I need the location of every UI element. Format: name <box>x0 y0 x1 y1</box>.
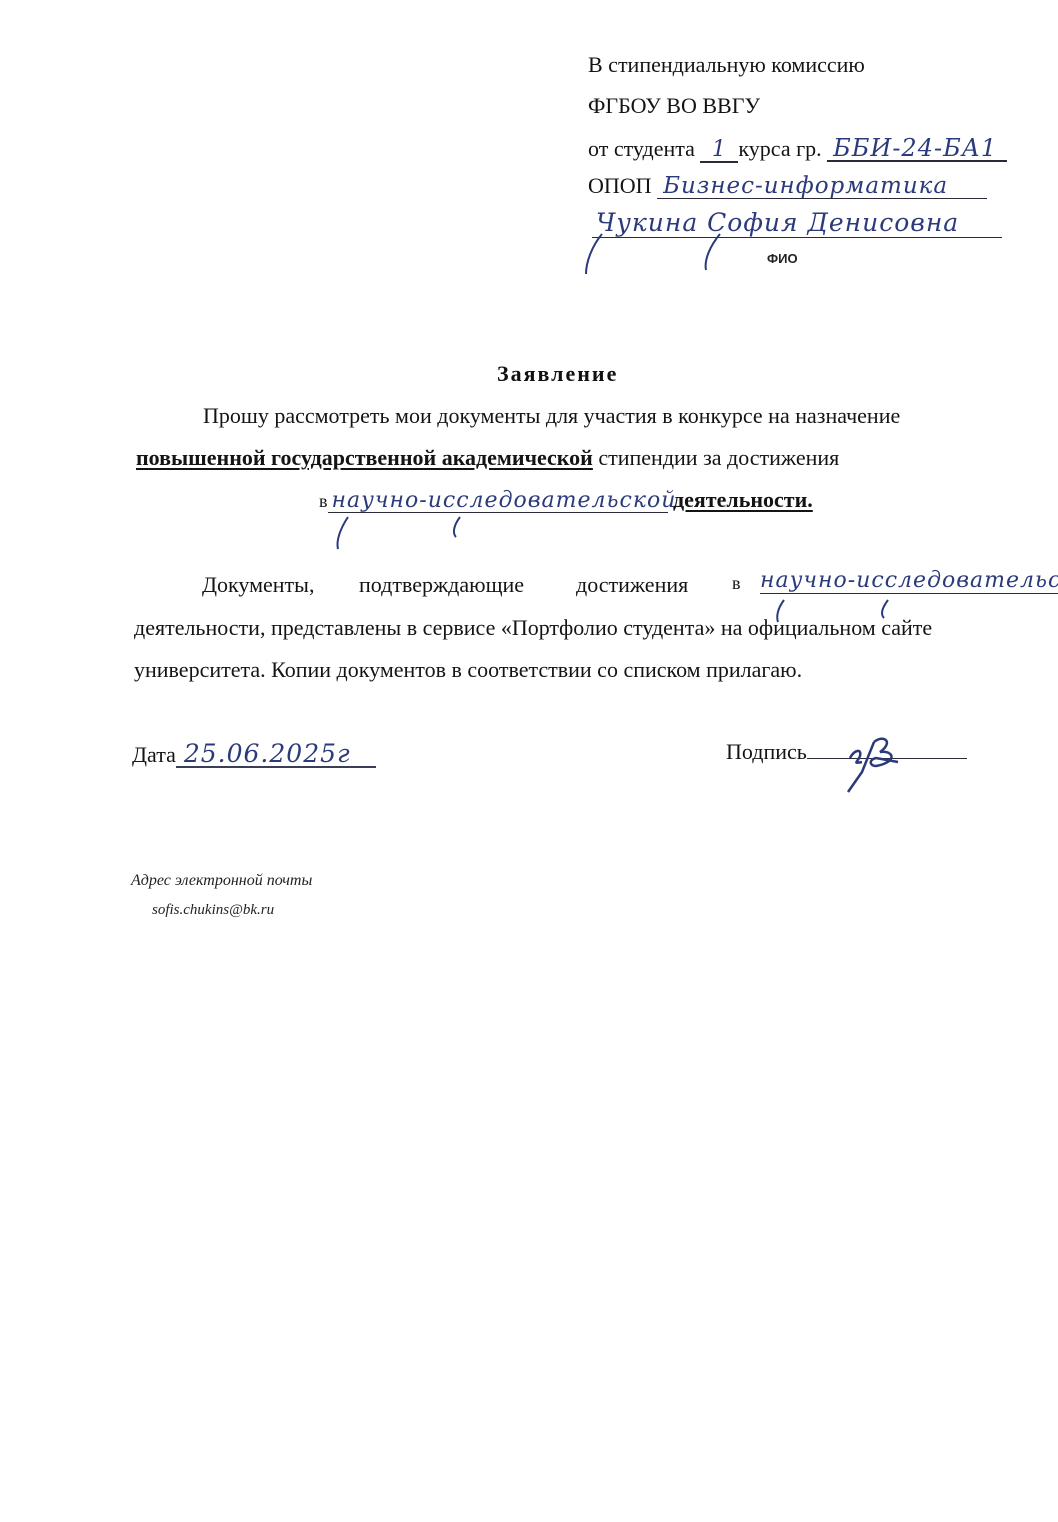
date-label: Дата <box>132 742 176 767</box>
course-value: 1 <box>712 137 727 162</box>
paragraph1-line3: внаучно-исследовательской деятельности. <box>319 489 813 513</box>
paragraph2-w3: достижения <box>576 574 688 596</box>
opop-line: ОПОП Бизнес-информатика <box>588 175 987 199</box>
date-field: 25.06.2025г <box>176 741 376 768</box>
signature-label: Подпись <box>726 739 807 764</box>
paragraph1-line1: Прошу рассмотреть мои документы для учас… <box>203 405 900 427</box>
course-field: 1 <box>700 138 738 163</box>
from-student-label: от студента <box>588 136 695 161</box>
fio-caption: ФИО <box>767 251 798 266</box>
activity-field-2: научно-исследовательской <box>760 568 1058 594</box>
paragraph2-w2: подтверждающие <box>359 574 524 596</box>
paragraph1-line2: повышенной государственной академической… <box>136 447 839 469</box>
group-field: ББИ-24-БА1 <box>827 136 1007 162</box>
paragraph2-line2: деятельности, представлены в сервисе «По… <box>134 617 932 639</box>
paragraph2-w1: Документы, <box>202 574 314 596</box>
group-value: ББИ-24-БА1 <box>827 134 997 162</box>
student-course-group-line: от студента 1курса гр. ББИ-24-БА1 <box>588 136 1007 163</box>
addressee-line-1: В стипендиальную комиссию <box>588 54 865 76</box>
email-value: sofis.chukins@bk.ru <box>152 902 274 919</box>
activity-value-1: научно-исследовательской <box>328 488 677 513</box>
prefix-in: в <box>319 491 328 511</box>
course-label: курса гр. <box>738 136 821 161</box>
paragraph2-w4: в <box>732 574 741 592</box>
opop-label: ОПОП <box>588 173 652 198</box>
activity-field-1: научно-исследовательской <box>328 489 668 513</box>
handwriting-descender-strokes-2 <box>330 515 490 555</box>
opop-value: Бизнес-информатика <box>657 173 948 199</box>
activity-suffix: деятельности. <box>673 487 813 512</box>
date-value: 25.06.2025г <box>176 739 351 768</box>
addressee-line-2: ФГБОУ ВО ВВГУ <box>588 95 760 117</box>
paragraph2-line3: университета. Копии документов в соответ… <box>134 659 802 681</box>
handwriting-descender-strokes <box>580 232 760 282</box>
paragraph1-line2-rest: стипендии за достижения <box>598 445 839 470</box>
opop-field: Бизнес-информатика <box>657 175 987 199</box>
application-page: В стипендиальную комиссию ФГБОУ ВО ВВГУ … <box>0 0 1058 1522</box>
signature-mark <box>840 728 920 798</box>
email-label: Адрес электронной почты <box>131 872 312 890</box>
activity-value-2: научно-исследовательской <box>760 568 1058 593</box>
scholarship-type: повышенной государственной академической <box>136 445 593 470</box>
document-title: Заявление <box>497 361 618 387</box>
date-line: Дата25.06.2025г <box>132 741 376 768</box>
